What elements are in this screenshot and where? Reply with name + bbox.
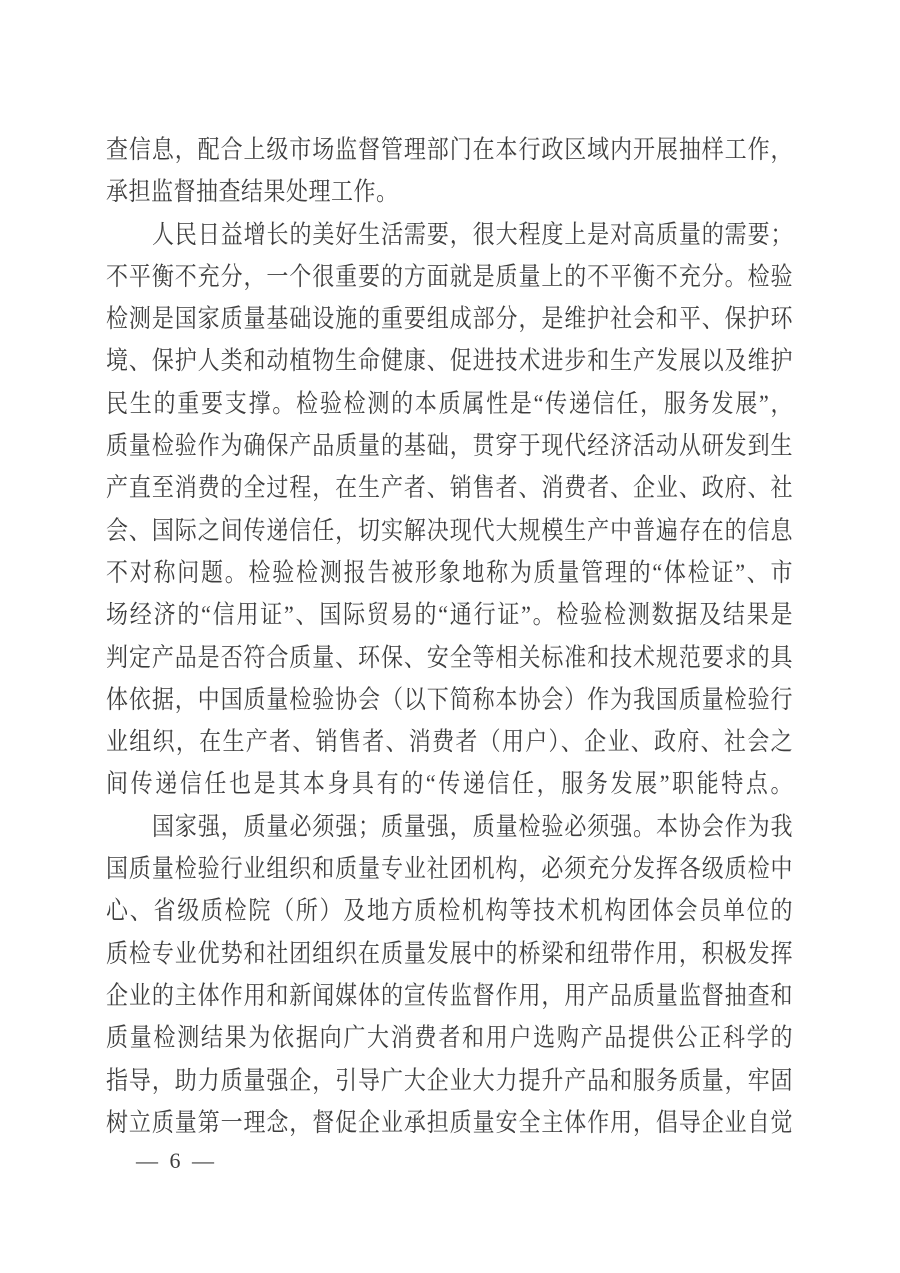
- text-line: 判定产品是否符合质量、环保、安全等相关标准和技术规范要求的具: [106, 633, 793, 682]
- text-line: 质检专业优势和社团组织在质量发展中的桥梁和纽带作用，积极发挥: [106, 929, 793, 978]
- text-line: 间传递信任也是其本身具有的“传递信任，服务发展”职能特点。: [106, 760, 793, 809]
- text-line: 树立质量第一理念，督促企业承担质量安全主体作用，倡导企业自觉: [106, 1099, 793, 1148]
- text-line: 场经济的“信用证”、国际贸易的“通行证”。检验检测数据及结果是: [106, 591, 793, 640]
- paragraph: 查信息，配合上级市场监督管理部门在本行政区域内开展抽样工作，承担监督抽查结果处理…: [106, 129, 793, 214]
- paragraph: 人民日益增长的美好生活需要，很大程度上是对高质量的需要；不平衡不充分，一个很重要…: [106, 214, 793, 806]
- text-line: 心、省级质检院（所）及地方质检机构等技术机构团体会员单位的: [106, 887, 793, 936]
- page-number: — 6 —: [136, 1148, 217, 1174]
- paragraph: 国家强，质量必须强；质量强，质量检验必须强。本协会作为我国质量检验行业组织和质量…: [106, 806, 793, 1144]
- text-line: 质量检测结果为依据向广大消费者和用户选购产品提供公正科学的: [106, 1014, 793, 1063]
- text-line: 人民日益增长的美好生活需要，很大程度上是对高质量的需要；: [106, 210, 793, 259]
- document-page: 查信息，配合上级市场监督管理部门在本行政区域内开展抽样工作，承担监督抽查结果处理…: [0, 0, 900, 1273]
- document-body: 查信息，配合上级市场监督管理部门在本行政区域内开展抽样工作，承担监督抽查结果处理…: [106, 129, 793, 1144]
- text-line: 境、保护人类和动植物生命健康、促进技术进步和生产发展以及维护: [106, 337, 793, 386]
- text-line: 指导，助力质量强企，引导广大企业大力提升产品和服务质量，牢固: [106, 1056, 793, 1105]
- text-line: 产直至消费的全过程，在生产者、销售者、消费者、企业、政府、社: [106, 464, 793, 513]
- text-line: 承担监督抽查结果处理工作。: [106, 168, 793, 217]
